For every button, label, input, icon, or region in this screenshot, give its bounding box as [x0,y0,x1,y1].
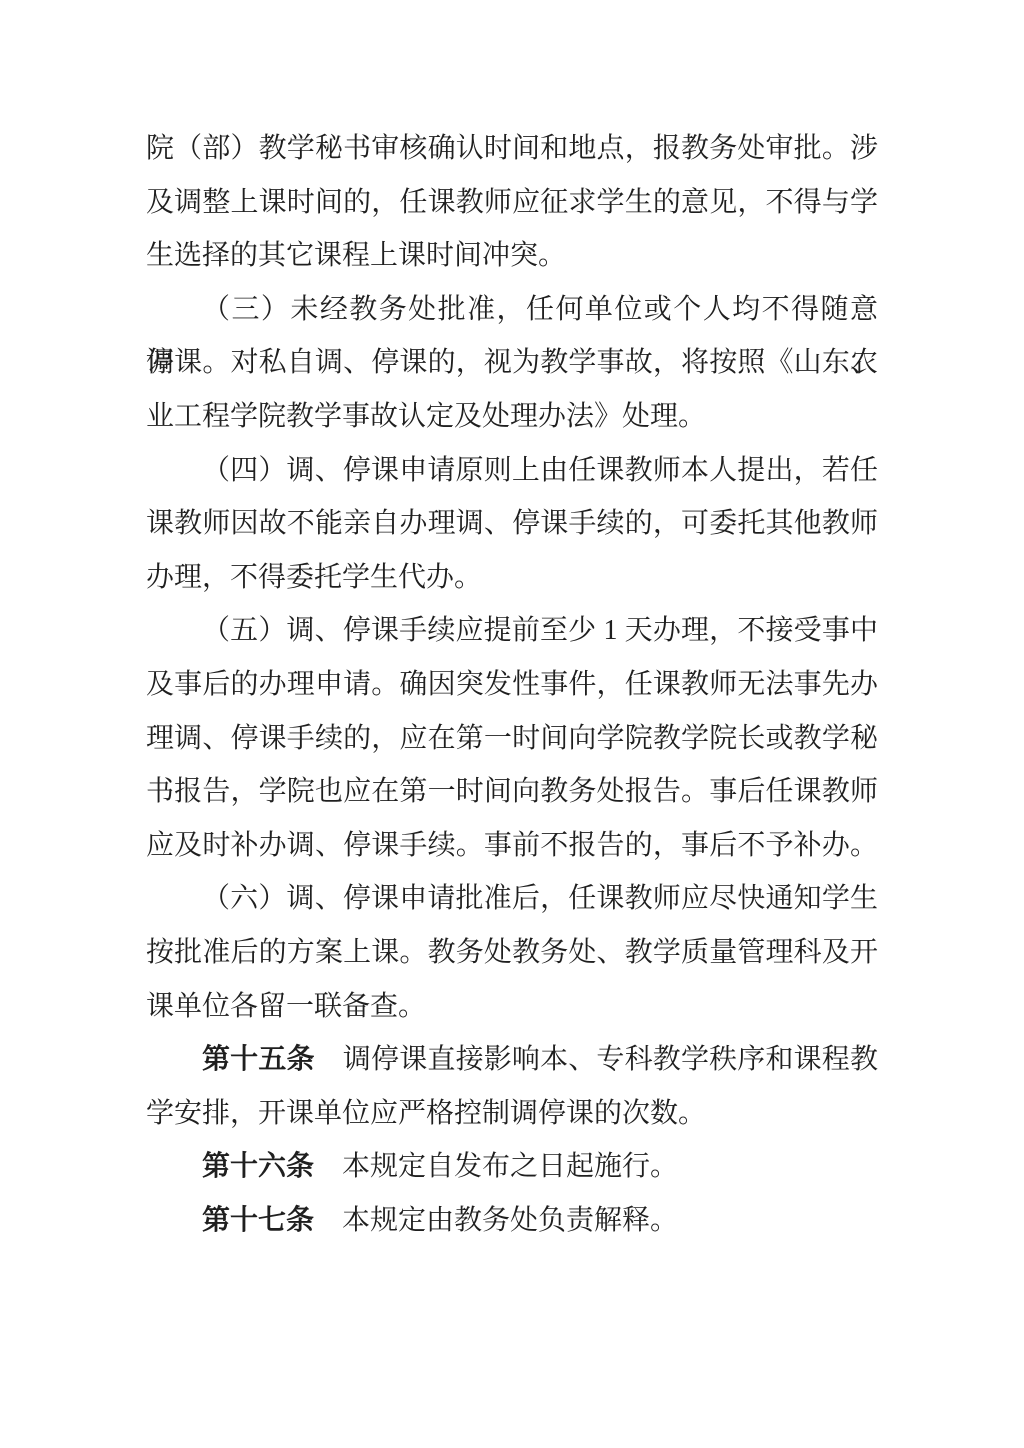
article-number: 第十六条 [202,1151,314,1182]
document-line: 第十六条 本规定自发布之日起施行。 [146,1140,878,1194]
document-line: 课教师因故不能亲自办理调、停课手续的，可委托其他教师 [146,497,878,551]
line-text: 办理，不得委托学生代办。 [146,562,482,593]
line-text: 本规定由教务处负责解释。 [314,1205,678,1236]
document-line: 课单位各留一联备查。 [146,980,878,1034]
document-line: （四）调、停课申请原则上由任课教师本人提出，若任 [146,444,878,498]
document-line: 书报告，学院也应在第一时间向教务处报告。事后任课教师 [146,765,878,819]
document-line: 学安排，开课单位应严格控制调停课的次数。 [146,1087,878,1141]
document-line: 应及时补办调、停课手续。事前不报告的，事后不予补办。 [146,819,878,873]
document-line: 生选择的其它课程上课时间冲突。 [146,229,878,283]
line-text: 及调整上课时间的，任课教师应征求学生的意见，不得与学 [146,187,878,218]
line-text: 学安排，开课单位应严格控制调停课的次数。 [146,1098,706,1129]
document-line: 第十七条 本规定由教务处负责解释。 [146,1194,878,1248]
line-text: 院（部）教学秘书审核确认时间和地点，报教务处审批。涉 [146,133,878,164]
document-line: 业工程学院教学事故认定及处理办法》处理。 [146,390,878,444]
document-line: 院（部）教学秘书审核确认时间和地点，报教务处审批。涉 [146,122,878,176]
line-text: 业工程学院教学事故认定及处理办法》处理。 [146,401,706,432]
line-text: 课教师因故不能亲自办理调、停课手续的，可委托其他教师 [146,508,878,539]
document-line: 办理，不得委托学生代办。 [146,551,878,605]
line-text: 按批准后的方案上课。教务处教务处、教学质量管理科及开 [146,937,878,968]
line-text: 调停课直接影响本、专科教学秩序和课程教 [315,1044,878,1075]
line-text: （四）调、停课申请原则上由任课教师本人提出，若任 [202,455,878,486]
document-line: （六）调、停课申请批准后，任课教师应尽快通知学生 [146,872,878,926]
line-text: 及事后的办理申请。确因突发性事件，任课教师无法事先办 [146,669,878,700]
document-line: 第十五条 调停课直接影响本、专科教学秩序和课程教 [146,1033,878,1087]
document-line: 停课。对私自调、停课的，视为教学事故，将按照《山东农 [146,336,878,390]
document-line: （五）调、停课手续应提前至少 1 天办理，不接受事中 [146,604,878,658]
line-text: （六）调、停课申请批准后，任课教师应尽快通知学生 [202,883,878,914]
line-text: 停课。对私自调、停课的，视为教学事故，将按照《山东农 [146,347,878,378]
document-line: 理调、停课手续的，应在第一时间向学院教学院长或教学秘 [146,712,878,766]
document-line: （三）未经教务处批准，任何单位或个人均不得随意调、 [146,283,878,337]
document-page: 院（部）教学秘书审核确认时间和地点，报教务处审批。涉 及调整上课时间的，任课教师… [0,0,1024,1448]
article-number: 第十五条 [202,1044,315,1075]
line-text: 课单位各留一联备查。 [146,991,426,1022]
document-line: 及事后的办理申请。确因突发性事件，任课教师无法事先办 [146,658,878,712]
line-text: 书报告，学院也应在第一时间向教务处报告。事后任课教师 [146,776,878,807]
line-text: 生选择的其它课程上课时间冲突。 [146,240,566,271]
line-text: （五）调、停课手续应提前至少 1 天办理，不接受事中 [202,615,878,646]
document-line: 按批准后的方案上课。教务处教务处、教学质量管理科及开 [146,926,878,980]
line-text: 本规定自发布之日起施行。 [314,1151,678,1182]
line-text: 理调、停课手续的，应在第一时间向学院教学院长或教学秘 [146,723,878,754]
article-number: 第十七条 [202,1205,314,1236]
document-line: 及调整上课时间的，任课教师应征求学生的意见，不得与学 [146,176,878,230]
line-text: 应及时补办调、停课手续。事前不报告的，事后不予补办。 [146,830,878,861]
